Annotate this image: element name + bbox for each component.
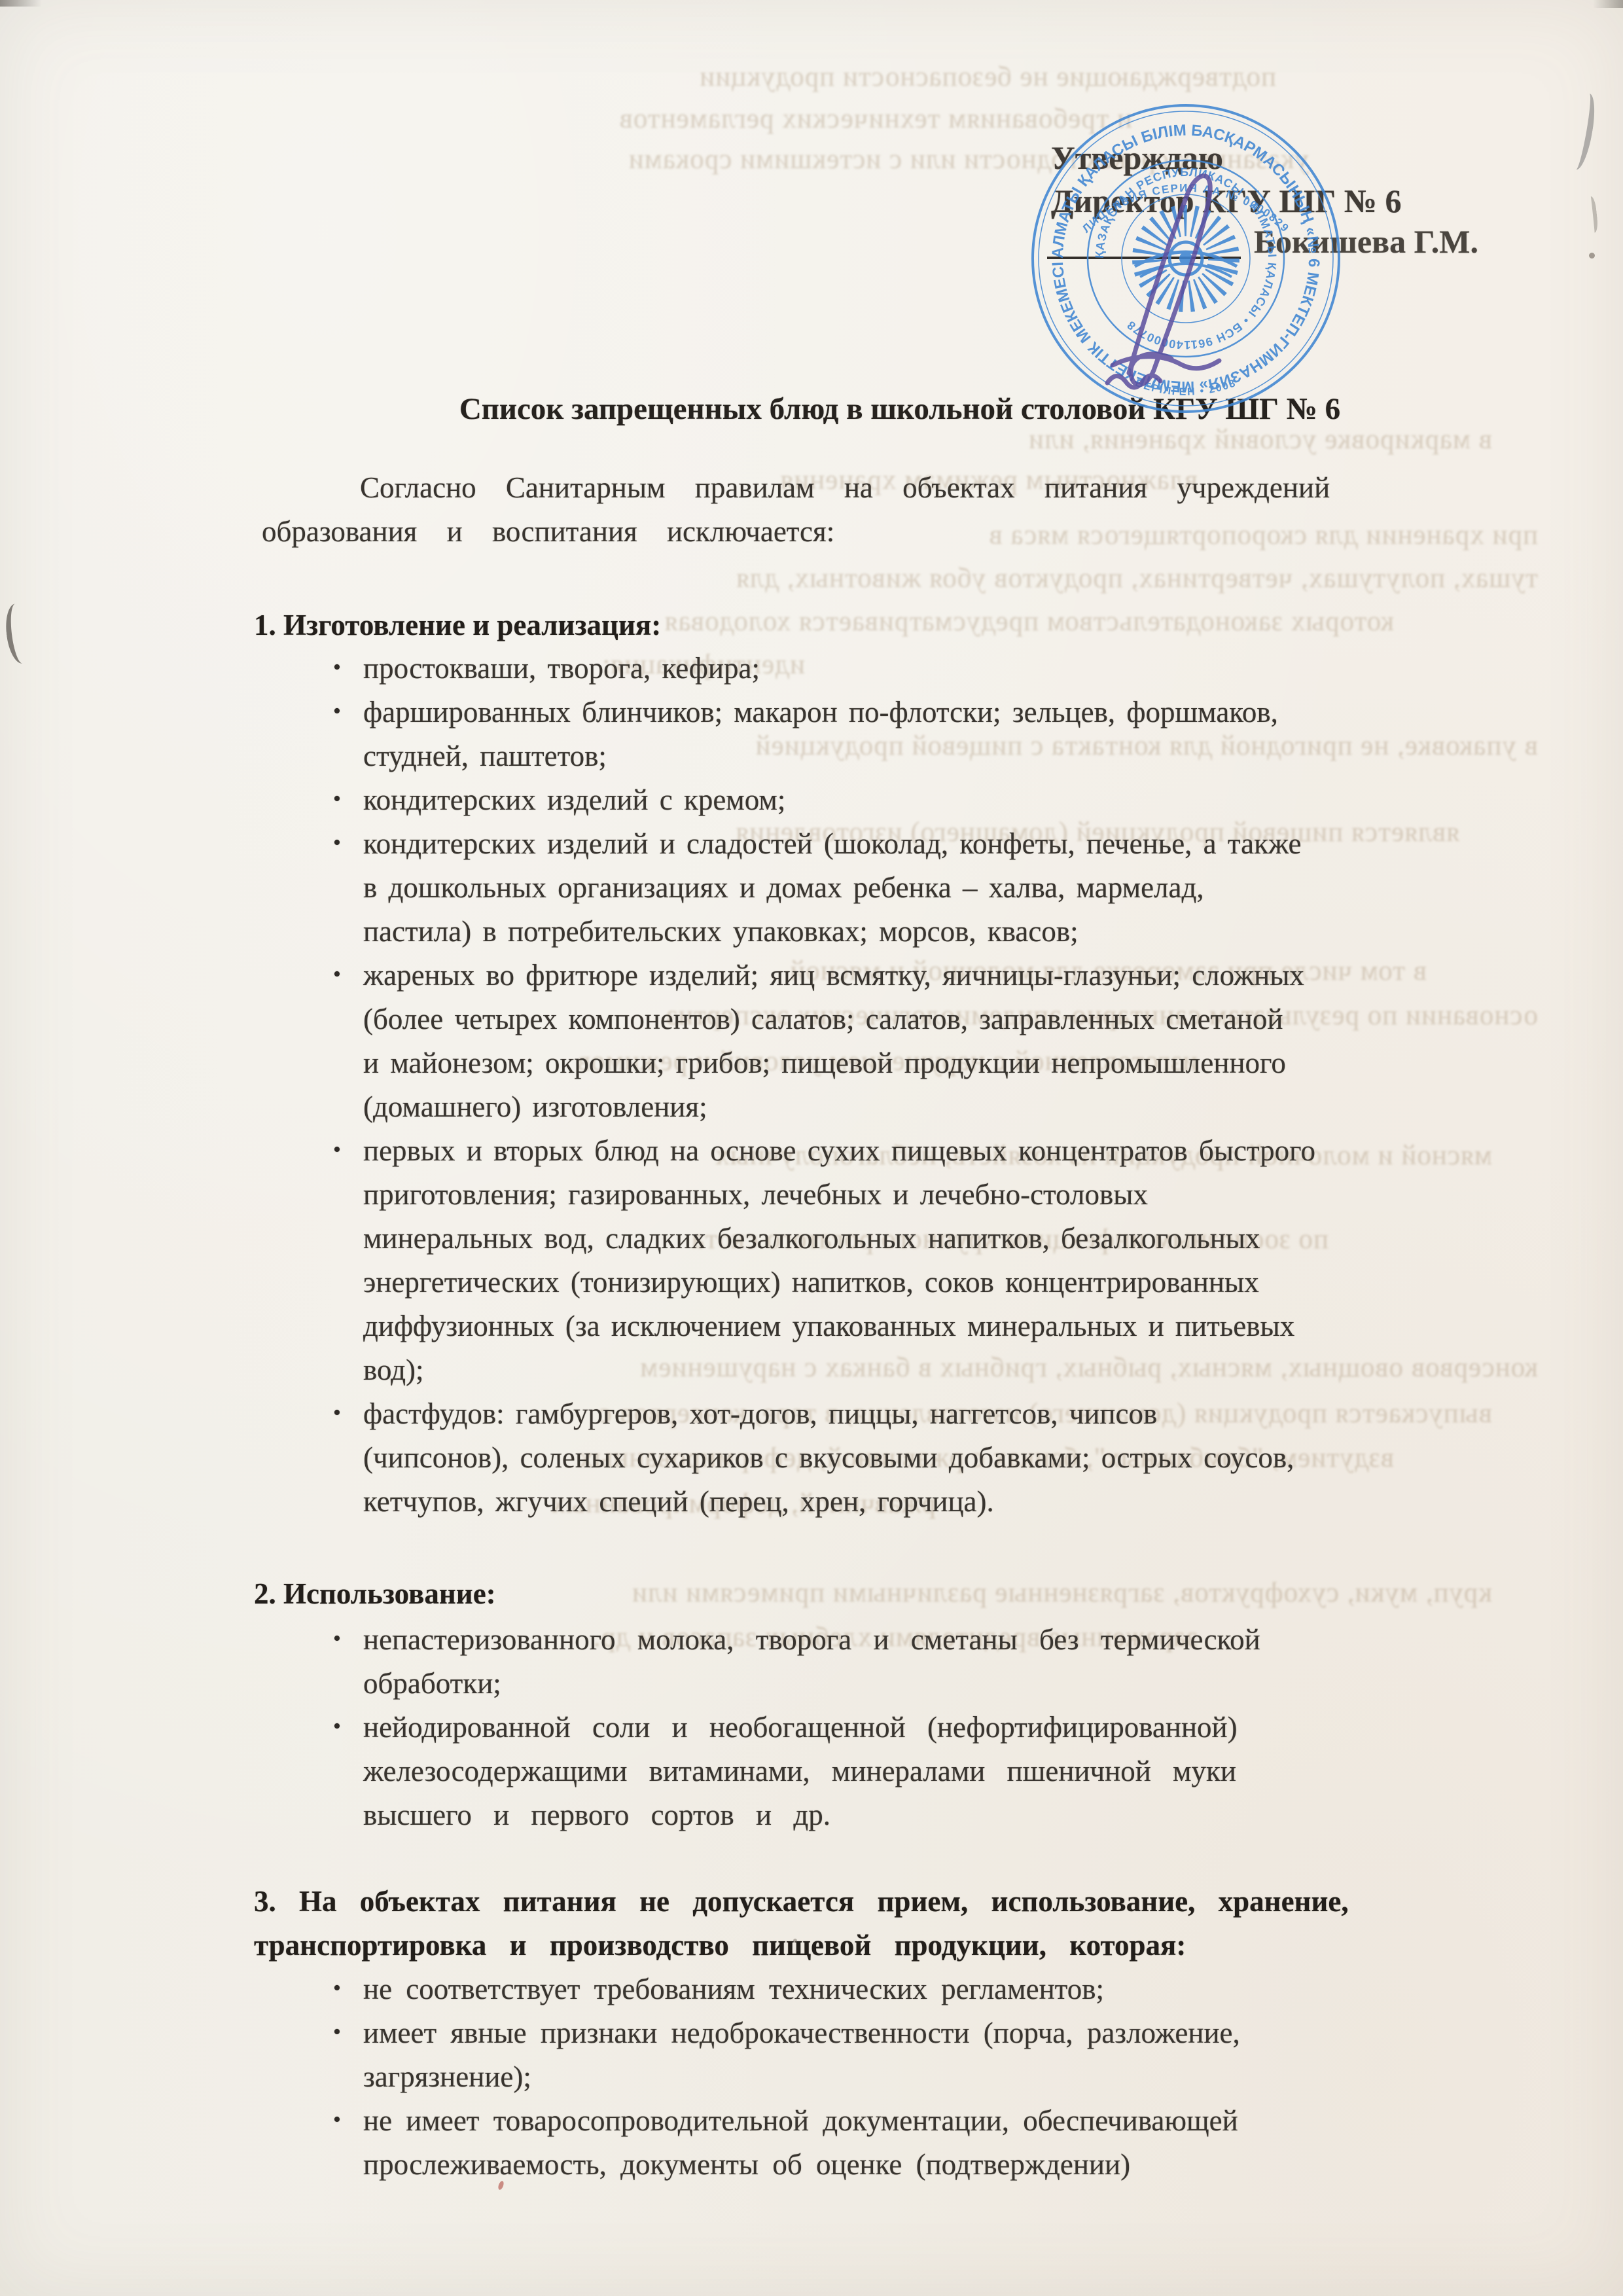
scanned-document-page: подтверждающие не безопасности продукции…: [0, 0, 1623, 2296]
prohibited-item: фаршированных блинчиков; макарон по-флот…: [363, 691, 1623, 778]
prohibited-item: кондитерских изделий и сладостей (шокола…: [363, 822, 1623, 954]
prohibited-item: простокваши, творога, кефира;: [363, 647, 1623, 691]
scan-speck: [793, 1939, 797, 1943]
section-3-list: не соответствует требованиям технических…: [262, 1967, 1623, 2187]
prohibited-item: кондитерских изделий с кремом;: [363, 778, 1623, 822]
document-title: Список запрещенных блюд в школьной столо…: [262, 391, 1538, 427]
prohibited-item: не соответствует требованиям технических…: [363, 1967, 1623, 2011]
scan-edge-shadow: [0, 0, 42, 7]
scan-edge-shadow: [1593, 0, 1623, 8]
prohibited-item: фастфудов: гамбургеров, хот-догов, пиццы…: [363, 1392, 1623, 1524]
section-1-list: простокваши, творога, кефира;фаршированн…: [262, 647, 1623, 1524]
scan-artifact: [1589, 253, 1595, 259]
bleedthrough-text: тушах, полутушах, четвертинах, продуктов…: [216, 558, 1538, 600]
section-1-heading: 1. Изготовление и реализация:: [254, 603, 661, 647]
section-2-heading: 2. Использование:: [254, 1572, 496, 1616]
intro-paragraph: Согласно Санитарным правилам на объектах…: [262, 466, 1544, 554]
prohibited-item: первых и вторых блюд на основе сухих пищ…: [363, 1129, 1623, 1392]
section-2-list: непастеризованного молока, творога и сме…: [262, 1618, 1623, 1837]
prohibited-item: имеет явные признаки недоброкачественнос…: [363, 2011, 1623, 2099]
bleedthrough-text: и требованиям технических регламентов: [216, 98, 1132, 140]
section-3-heading: 3. На объектах питания не допускается пр…: [254, 1880, 1540, 1967]
prohibited-item: не имеет товаросопроводительной документ…: [363, 2099, 1623, 2187]
prohibited-item: жареных во фритюре изделий; яиц всмятку,…: [363, 954, 1623, 1129]
bleedthrough-text: подтверждающие не безопасности продукции: [497, 56, 1276, 98]
signature-icon: [1067, 157, 1263, 393]
prohibited-item: непастеризованного молока, творога и сме…: [363, 1618, 1623, 1706]
prohibited-item: нейодированной соли и необогащенной (неф…: [363, 1706, 1623, 1837]
